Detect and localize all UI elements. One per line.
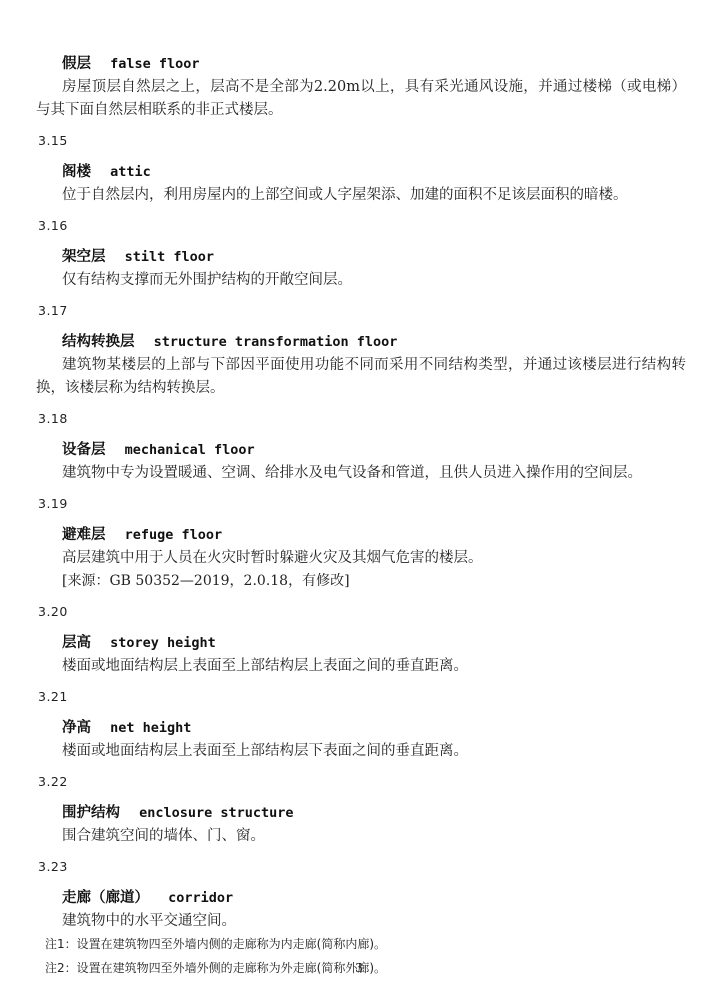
definition-text: 建筑物中专为设置暖通、空调、给排水及电气设备和管道，且供人员进入操作用的空间层。 xyxy=(36,462,686,485)
term-zh: 层高 xyxy=(62,635,91,651)
section-number: 3.23 xyxy=(38,855,686,878)
definition-text: 楼面或地面结构层上表面至上部结构层下表面之间的垂直距离。 xyxy=(36,740,686,763)
term-line: 结构转换层 structure transformation floor xyxy=(62,329,686,354)
section-number: 3.21 xyxy=(38,685,686,708)
section-number: 3.22 xyxy=(38,770,686,793)
term-en: mechanical floor xyxy=(125,442,255,458)
definition-text: 围合建筑空间的墙体、门、窗。 xyxy=(36,825,686,848)
term-zh: 走廊（廊道） xyxy=(62,890,149,906)
term-en: net height xyxy=(110,720,191,736)
term-section: 3.21 净高 net height 楼面或地面结构层上表面至上部结构层下表面之… xyxy=(36,685,686,763)
term-section: 3.20 层高 storey height 楼面或地面结构层上表面至上部结构层上… xyxy=(36,600,686,678)
term-en: refuge floor xyxy=(125,527,223,543)
term-line: 架空层 stilt floor xyxy=(62,244,686,269)
source-reference: [来源：GB 50352—2019，2.0.18，有修改] xyxy=(62,570,686,593)
term-zh: 围护结构 xyxy=(62,805,120,821)
term-zh: 净高 xyxy=(62,720,91,736)
term-en: storey height xyxy=(110,635,216,651)
term-line: 层高 storey height xyxy=(62,630,686,655)
term-en: corridor xyxy=(168,890,233,906)
term-section: 假层 false floor 房屋顶层自然层之上，层高不是全部为2.20m以上，… xyxy=(36,51,686,122)
term-zh: 设备层 xyxy=(62,442,106,458)
term-zh: 假层 xyxy=(62,56,91,72)
term-section: 3.22 围护结构 enclosure structure 围合建筑空间的墙体、… xyxy=(36,770,686,848)
term-en: structure transformation floor xyxy=(154,334,398,350)
section-number: 3.20 xyxy=(38,600,686,623)
term-zh: 结构转换层 xyxy=(62,334,135,350)
term-en: false floor xyxy=(110,56,199,72)
page-number: 3 xyxy=(0,960,718,975)
definition-text: 建筑物某楼层的上部与下部因平面使用功能不同而采用不同结构类型，并通过该楼层进行结… xyxy=(36,354,686,400)
definition-text: 建筑物中的水平交通空间。 xyxy=(36,910,686,933)
term-line: 净高 net height xyxy=(62,715,686,740)
definition-text: 高层建筑中用于人员在火灾时暂时躲避火灾及其烟气危害的楼层。 xyxy=(36,547,686,570)
note-line: 注1：设置在建筑物四至外墙内侧的走廊称为内走廊(简称内廊)。 xyxy=(45,933,686,957)
term-zh: 架空层 xyxy=(62,249,106,265)
definition-text: 楼面或地面结构层上表面至上部结构层上表面之间的垂直距离。 xyxy=(36,655,686,678)
term-section: 3.17 结构转换层 structure transformation floo… xyxy=(36,299,686,400)
document-page: 假层 false floor 房屋顶层自然层之上，层高不是全部为2.20m以上，… xyxy=(0,0,718,1004)
term-line: 走廊（廊道） corridor xyxy=(62,885,686,910)
definition-text: 房屋顶层自然层之上，层高不是全部为2.20m以上，具有采光通风设施，并通过楼梯（… xyxy=(36,76,686,122)
term-section: 3.16 架空层 stilt floor 仅有结构支撑而无外围护结构的开敞空间层… xyxy=(36,214,686,292)
term-section: 3.19 避难层 refuge floor 高层建筑中用于人员在火灾时暂时躲避火… xyxy=(36,492,686,593)
term-section: 3.18 设备层 mechanical floor 建筑物中专为设置暖通、空调、… xyxy=(36,407,686,485)
term-zh: 阁楼 xyxy=(62,164,91,180)
term-line: 避难层 refuge floor xyxy=(62,522,686,547)
definition-text: 位于自然层内，利用房屋内的上部空间或人字屋架添、加建的面积不足该层面积的暗楼。 xyxy=(36,184,686,207)
term-line: 阁楼 attic xyxy=(62,159,686,184)
term-line: 围护结构 enclosure structure xyxy=(62,800,686,825)
term-en: stilt floor xyxy=(125,249,214,265)
term-section: 3.15 阁楼 attic 位于自然层内，利用房屋内的上部空间或人字屋架添、加建… xyxy=(36,129,686,207)
term-line: 假层 false floor xyxy=(62,51,686,76)
section-number: 3.16 xyxy=(38,214,686,237)
section-number: 3.19 xyxy=(38,492,686,515)
section-number: 3.18 xyxy=(38,407,686,430)
term-en: enclosure structure xyxy=(139,805,293,821)
definition-text: 仅有结构支撑而无外围护结构的开敞空间层。 xyxy=(36,269,686,292)
term-zh: 避难层 xyxy=(62,527,106,543)
term-line: 设备层 mechanical floor xyxy=(62,437,686,462)
section-number: 3.17 xyxy=(38,299,686,322)
section-number: 3.15 xyxy=(38,129,686,152)
term-en: attic xyxy=(110,164,151,180)
